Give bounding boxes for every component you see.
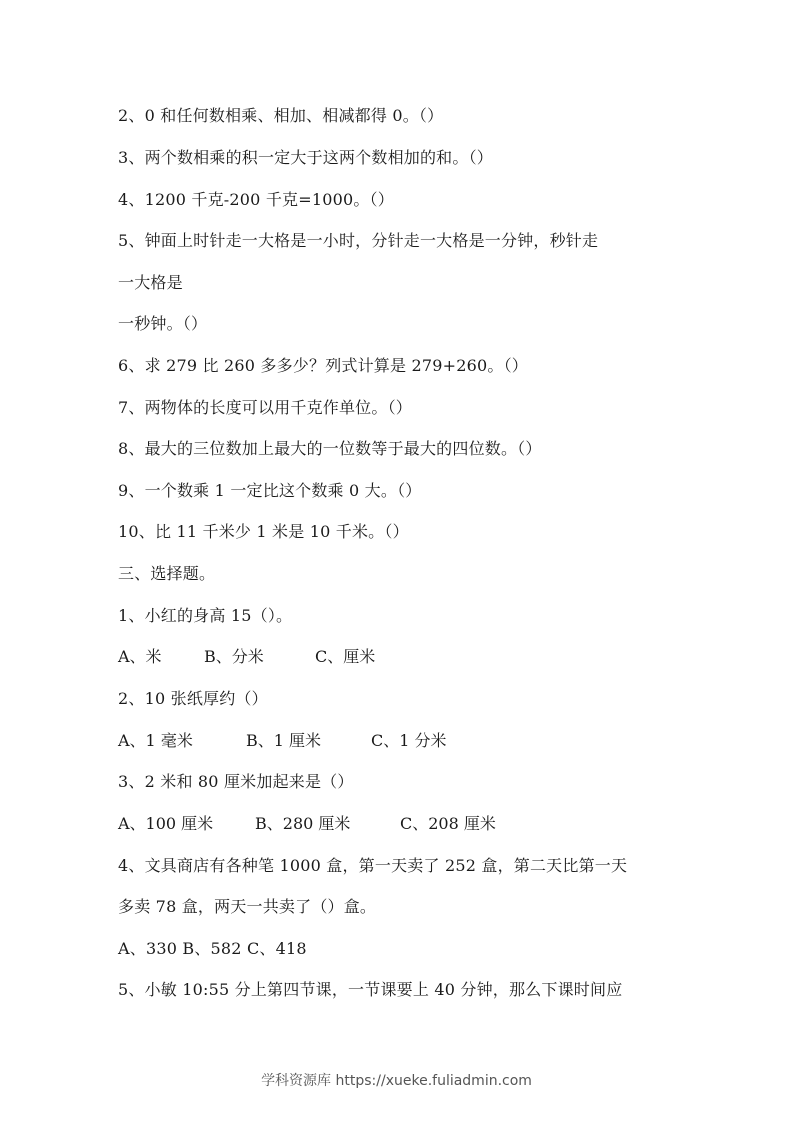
choice-3-option-b: B、280 厘米: [255, 814, 350, 834]
judgement-item-5: 5、钟面上时针走一大格是一小时，分针走一大格是一分钟，秒针走: [118, 231, 598, 251]
judgement-item-10: 10、比 11 千米少 1 米是 10 千米。（）: [118, 522, 409, 542]
choice-2-option-c: C、1 分米: [371, 731, 447, 751]
judgement-item-3: 3、两个数相乘的积一定大于这两个数相加的和。（）: [118, 148, 493, 168]
choice-2-option-a: A、1 毫米: [118, 731, 193, 751]
judgement-item-4: 4、1200 千克-200 千克=1000。（）: [118, 190, 394, 210]
choice-question-1: 1、小红的身高 15（）。: [118, 606, 292, 626]
judgement-item-7: 7、两物体的长度可以用千克作单位。（）: [118, 398, 412, 418]
choice-question-5: 5、小敏 10:55 分上第四节课，一节课要上 40 分钟，那么下课时间应: [118, 980, 622, 1000]
choice-2-option-b: B、1 厘米: [246, 731, 321, 751]
judgement-item-8: 8、最大的三位数加上最大的一位数等于最大的四位数。（）: [118, 439, 542, 459]
section-title-choice: 三、选择题。: [118, 564, 215, 584]
choice-3-option-a: A、100 厘米: [118, 814, 213, 834]
choice-question-4: 4、文具商店有各种笔 1000 盒，第一天卖了 252 盒，第二天比第一天: [118, 856, 627, 876]
judgement-item-9: 9、一个数乘 1 一定比这个数乘 0 大。（）: [118, 481, 421, 501]
choice-question-4-continued: 多卖 78 盒，两天一共卖了（）盒。: [118, 897, 376, 917]
judgement-item-5-continued-2: 一秒钟。（）: [118, 314, 207, 334]
choice-1-option-c: C、厘米: [315, 647, 375, 667]
choice-question-3: 3、2 米和 80 厘米加起来是（）: [118, 772, 354, 792]
choice-1-option-a: A、米: [118, 647, 162, 667]
judgement-item-6: 6、求 279 比 260 多多少？列式计算是 279+260。（）: [118, 356, 528, 376]
choice-3-option-c: C、208 厘米: [400, 814, 496, 834]
judgement-item-2: 2、0 和任何数相乘、相加、相减都得 0。（）: [118, 106, 443, 126]
judgement-item-5-continued: 一大格是: [118, 273, 183, 293]
document-page: 2、0 和任何数相乘、相加、相减都得 0。（） 3、两个数相乘的积一定大于这两个…: [0, 0, 793, 1122]
choice-1-option-b: B、分米: [204, 647, 264, 667]
choice-question-2: 2、10 张纸厚约（）: [118, 689, 268, 709]
choice-4-options: A、330 B、582 C、418: [118, 939, 307, 959]
footer-watermark: 学科资源库 https://xueke.fuliadmin.com: [0, 1070, 793, 1090]
